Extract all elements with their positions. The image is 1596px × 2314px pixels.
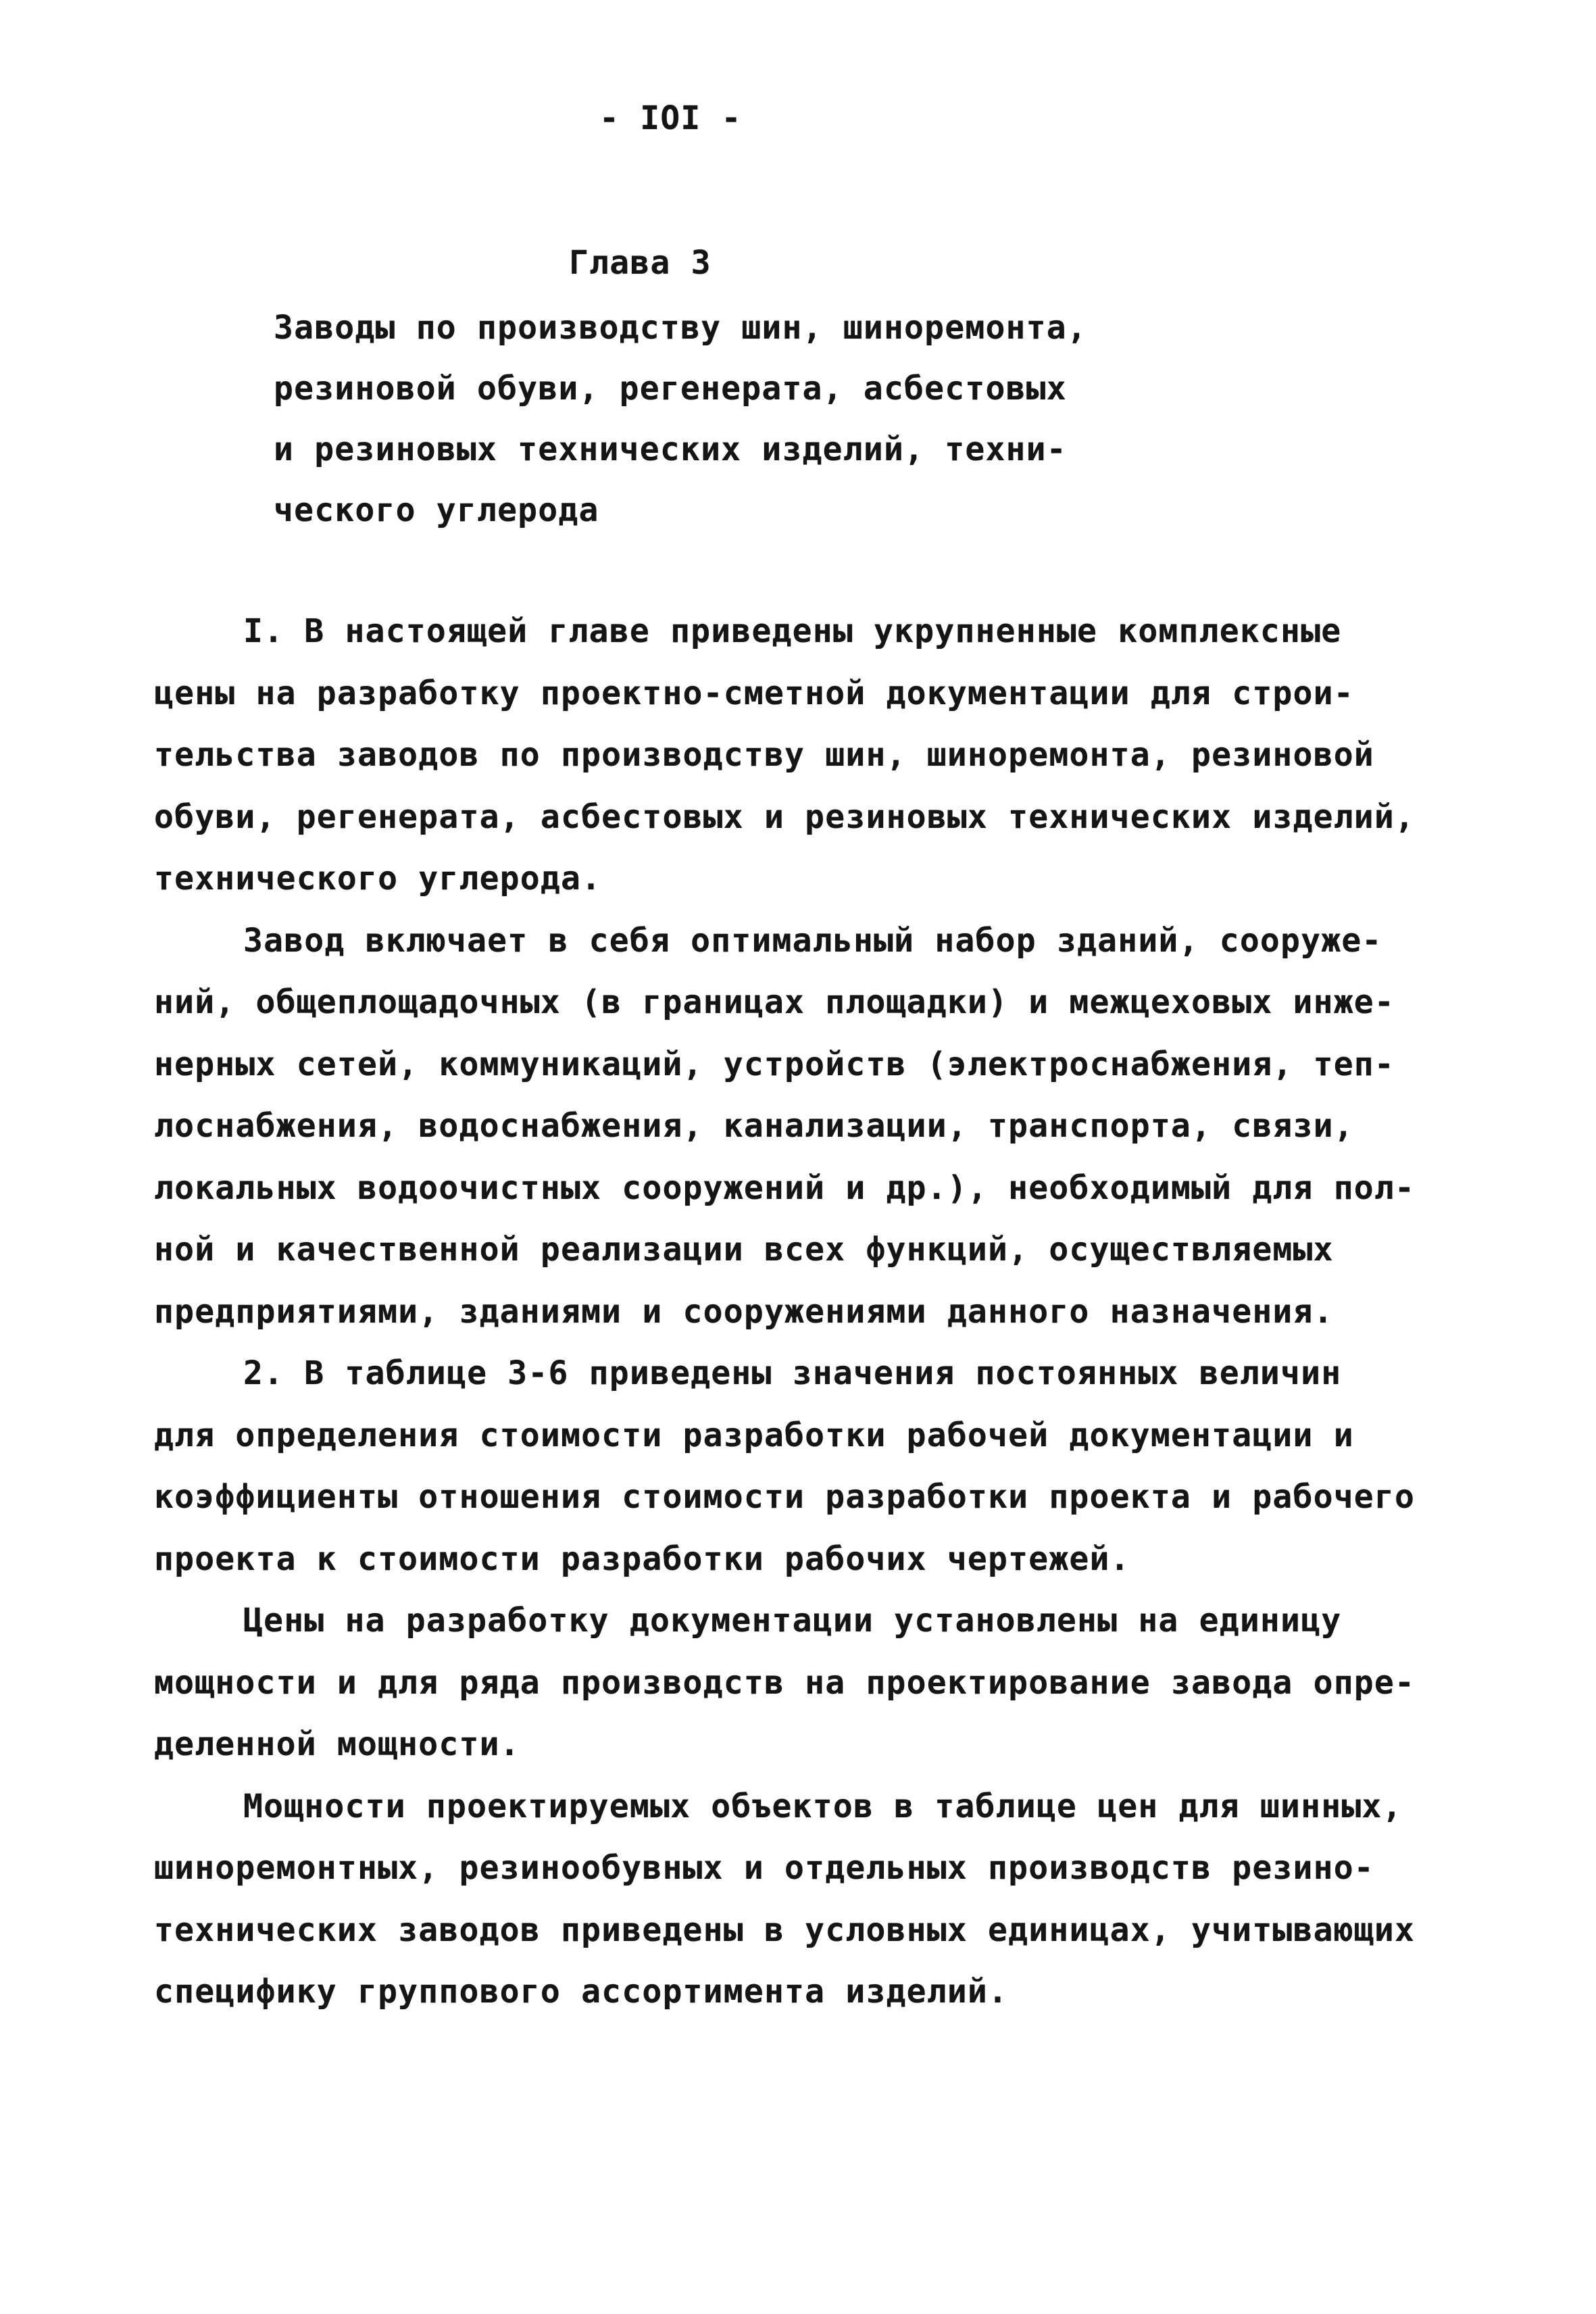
- body-line: Завод включает в себя оптимальный набор …: [154, 910, 1472, 973]
- body-line: ной и качественной реализации всех функц…: [154, 1219, 1472, 1281]
- body-line: обуви, регенерата, асбестовых и резиновы…: [154, 787, 1472, 849]
- body-line: локальных водоочистных сооружений и др.)…: [154, 1158, 1472, 1220]
- body-line: ний, общеплощадочных (в границах площадк…: [154, 972, 1472, 1034]
- body-line: Мощности проектируемых объектов в таблиц…: [154, 1776, 1472, 1838]
- body-line: специфику группового ассортимента издели…: [154, 1961, 1472, 2023]
- chapter-title-line: и резиновых технических изделий, техни-: [274, 419, 1087, 480]
- body-line: I. В настоящей главе приведены укрупненн…: [154, 601, 1472, 663]
- body-line: Цены на разработку документации установл…: [154, 1590, 1472, 1652]
- body-line: лоснабжения, водоснабжения, канализации,…: [154, 1096, 1472, 1158]
- page-number: - IOI -: [599, 88, 742, 149]
- chapter-heading: Глава 3: [569, 232, 712, 293]
- chapter-title: Заводы по производству шин, шиноремонта,…: [274, 297, 1087, 541]
- body-line: тельства заводов по производству шин, ши…: [154, 724, 1472, 787]
- body-line: технического углерода.: [154, 848, 1472, 910]
- body-line: 2. В таблице 3-6 приведены значения пост…: [154, 1343, 1472, 1405]
- body-line: технических заводов приведены в условных…: [154, 1900, 1472, 1962]
- body-line: предприятиями, зданиями и сооружениями д…: [154, 1281, 1472, 1344]
- body-line: коэффициенты отношения стоимости разрабо…: [154, 1467, 1472, 1529]
- chapter-title-line: Заводы по производству шин, шиноремонта,: [274, 297, 1087, 358]
- body-line: шиноремонтных, резинообувных и отдельных…: [154, 1838, 1472, 1900]
- chapter-title-line: ческого углерода: [274, 480, 1087, 541]
- body-line: цены на разработку проектно-сметной доку…: [154, 663, 1472, 725]
- body-line: нерных сетей, коммуникаций, устройств (э…: [154, 1034, 1472, 1096]
- body-line: мощности и для ряда производств на проек…: [154, 1652, 1472, 1715]
- chapter-title-line: резиновой обуви, регенерата, асбестовых: [274, 358, 1087, 419]
- body-text: I. В настоящей главе приведены укрупненн…: [154, 601, 1472, 2023]
- scanned-page: - IOI - Глава 3 Заводы по производству ш…: [0, 0, 1596, 2314]
- body-line: деленной мощности.: [154, 1714, 1472, 1776]
- body-line: для определения стоимости разработки раб…: [154, 1405, 1472, 1467]
- body-line: проекта к стоимости разработки рабочих ч…: [154, 1529, 1472, 1591]
